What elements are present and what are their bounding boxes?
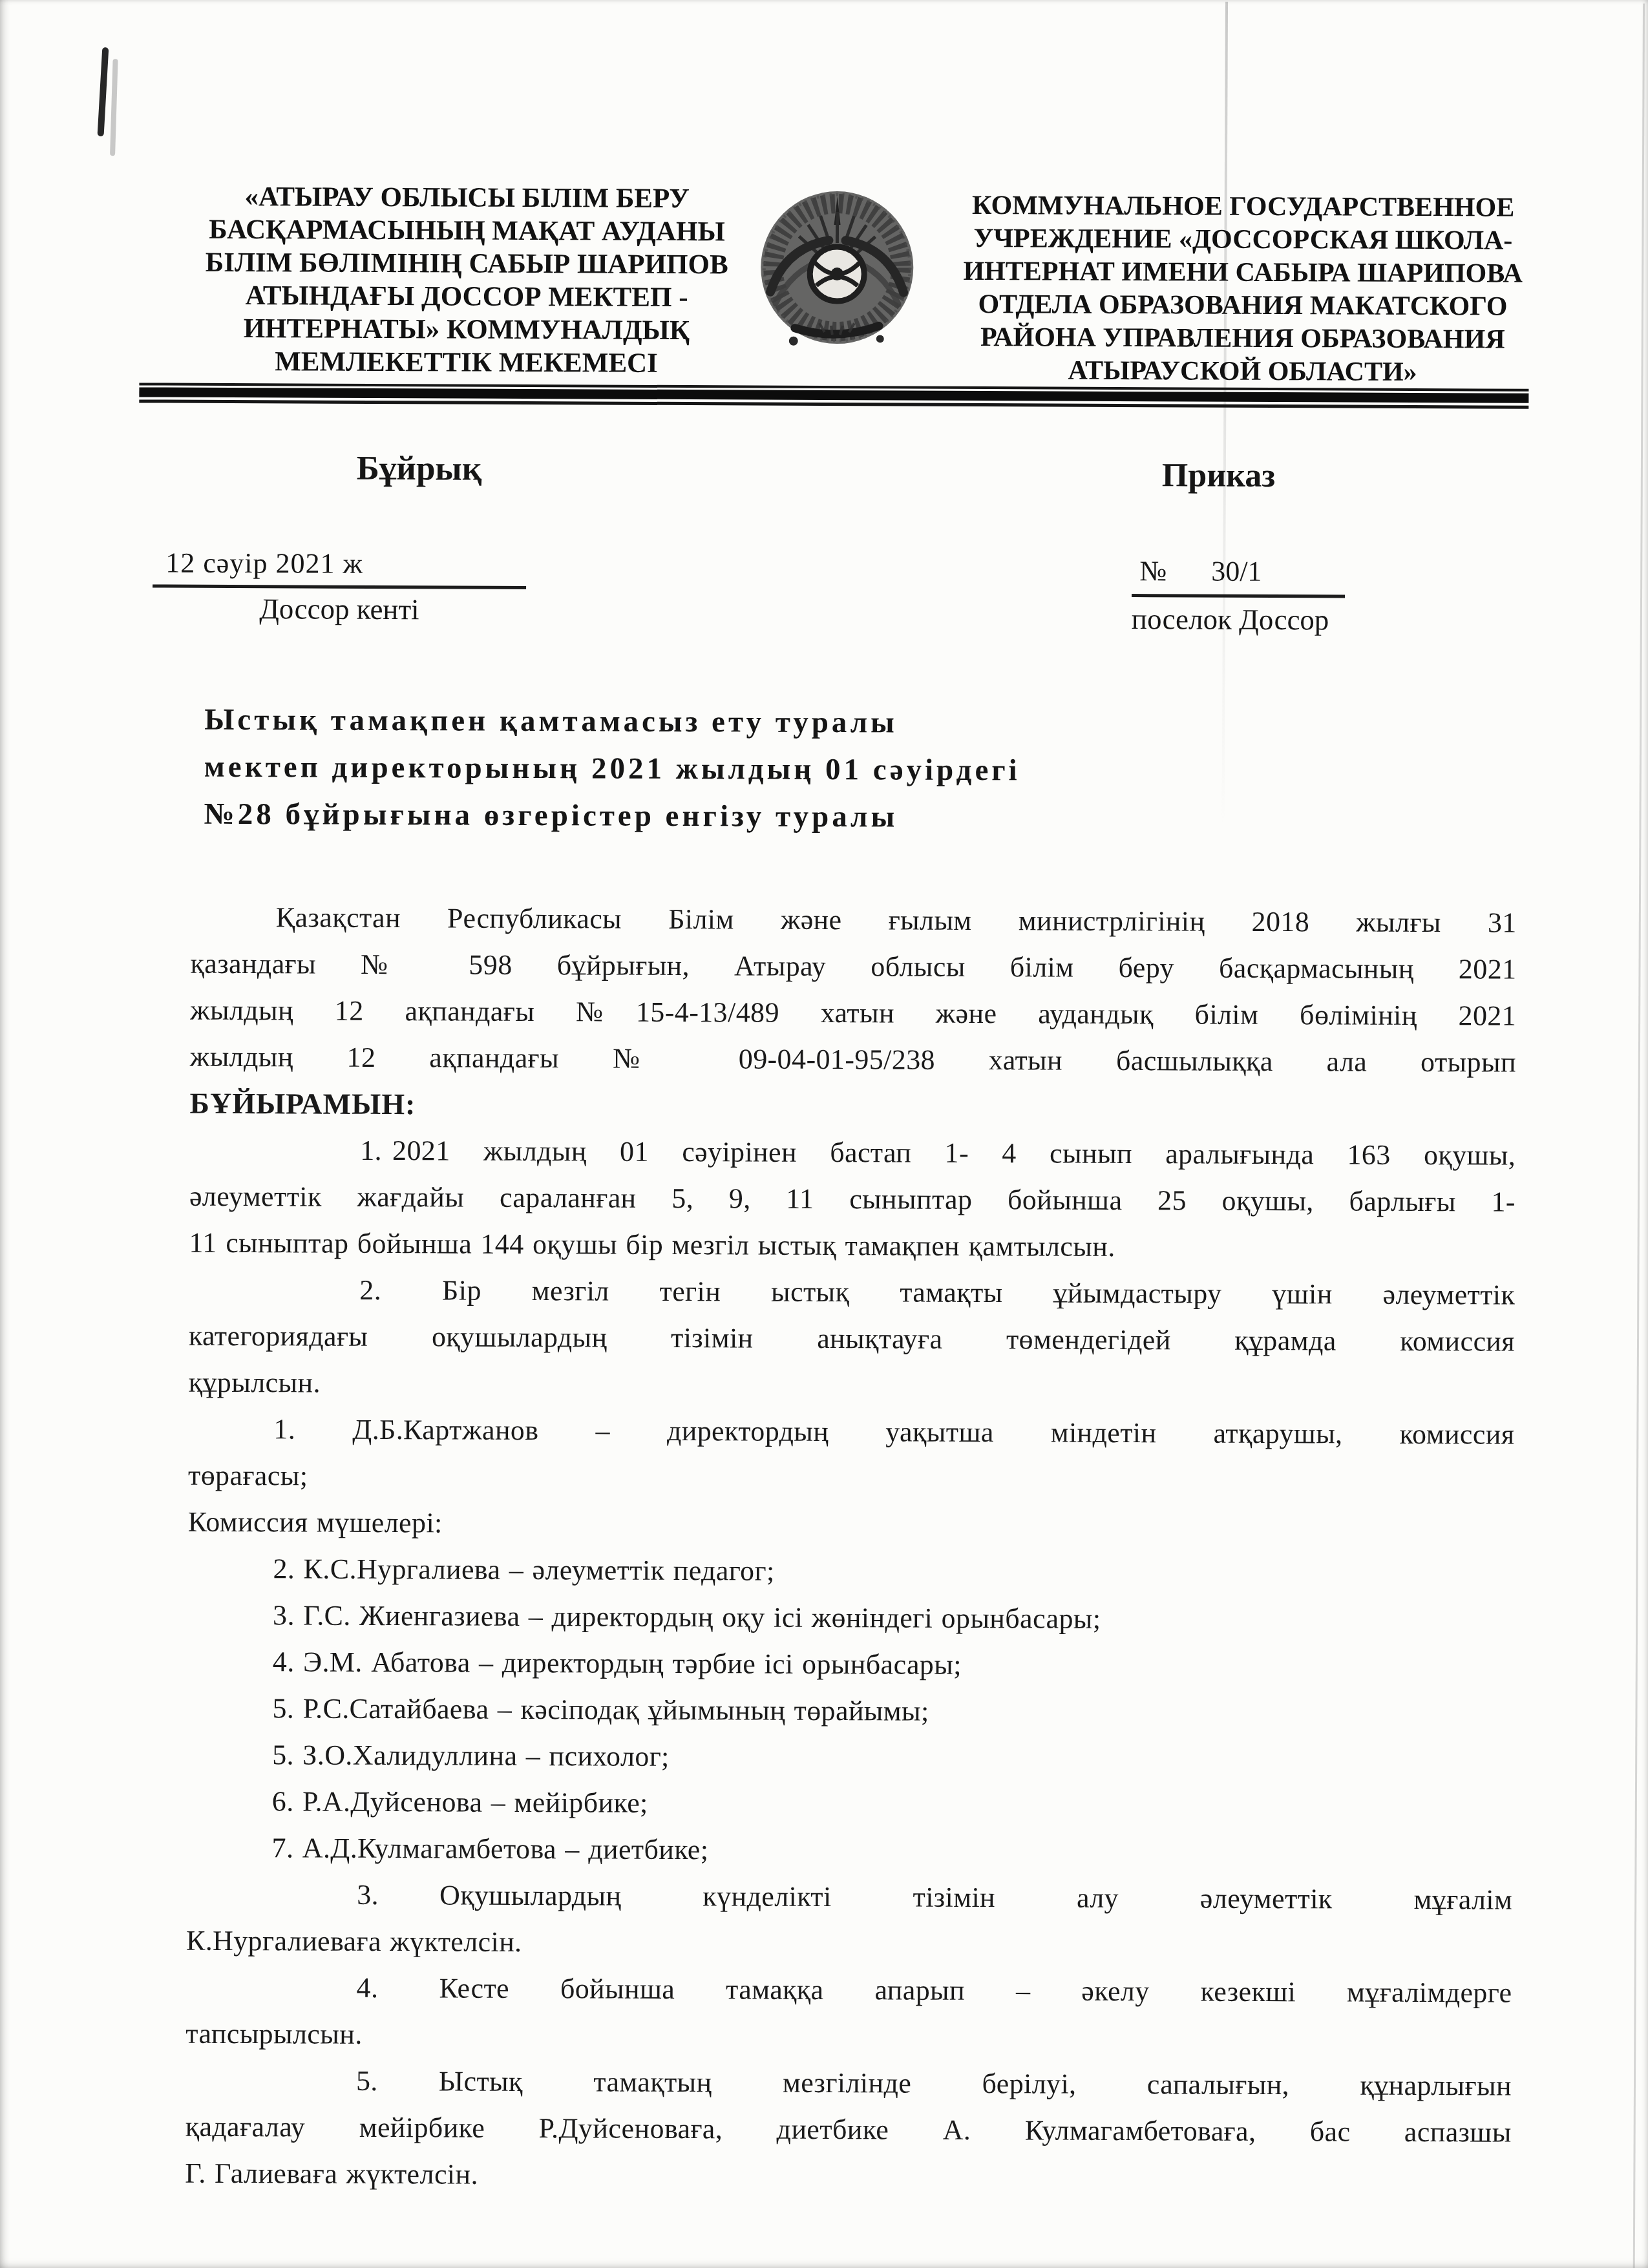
scan-content: «АТЫРАУ ОБЛЫСЫ БІЛІМ БЕРУ БАСҚАРМАСЫНЫҢ … bbox=[0, 0, 1648, 2268]
text-line: 7. А.Д.Кулмагамбетова – диетбике; bbox=[186, 1825, 1512, 1877]
item-number: 2. bbox=[274, 1266, 381, 1314]
commission-members-label: Комиссия мүшелері: bbox=[188, 1499, 1514, 1551]
text-line: 11 сыныптар бойынша 144 оқушы бір мезгіл… bbox=[189, 1220, 1516, 1272]
order-item-3: 3.Оқушылардың күнделікті тізімін алу әле… bbox=[186, 1871, 1513, 1970]
item-number: 1. bbox=[275, 1127, 382, 1174]
letterhead-line: ОТДЕЛА ОБРАЗОВАНИЯ МАКАТСКОГО bbox=[939, 288, 1547, 324]
text-line: 5. Р.С.Сатайбаева – кәсіподақ ұйымының т… bbox=[187, 1685, 1513, 1738]
text-line: Комиссия мүшелері: bbox=[188, 1499, 1514, 1551]
letterhead-line: БАСҚАРМАСЫНЫҢ МАҚАТ АУДАНЫ bbox=[195, 213, 739, 249]
text-line: төрағасы; bbox=[188, 1453, 1514, 1505]
order-item-2: 2.Бір мезгіл тегін ыстық тамақты ұйымдас… bbox=[189, 1266, 1516, 1412]
subject-line: №28 бұйрығына өзгерістер енгізу туралы bbox=[204, 791, 1020, 842]
order-body: Қазақстан Республикасы Білім және ғылым … bbox=[185, 894, 1517, 2203]
text-line: 4. Э.М. Абатова – директордың тәрбие ісі… bbox=[187, 1639, 1514, 1691]
order-number: 30/1 bbox=[1211, 556, 1262, 587]
text-line: 2.Бір мезгіл тегін ыстық тамақты ұйымдас… bbox=[189, 1266, 1515, 1319]
order-number-block: № 30/1 поселок Доссор bbox=[1132, 554, 1346, 636]
text-line: құрылсын. bbox=[189, 1360, 1515, 1412]
paper-crease bbox=[1221, 2, 1228, 829]
issue-date: 12 сәуір 2021 ж bbox=[165, 547, 363, 580]
letterhead-line: КОММУНАЛЬНОЕ ГОСУДАРСТВЕННОЕ bbox=[940, 189, 1547, 225]
letterhead-line: АТЫРАУСКОЙ ОБЛАСТИ» bbox=[938, 354, 1546, 390]
order-heading-kk: Бұйрық bbox=[357, 449, 482, 488]
letterhead-line: РАЙОНА УПРАВЛЕНИЯ ОБРАЗОВАНИЯ bbox=[939, 321, 1547, 357]
commission-member: 4. Э.М. Абатова – директордың тәрбие ісі… bbox=[187, 1639, 1514, 1691]
issue-date-block: 12 сәуір 2021 ж Доссор кенті bbox=[153, 546, 527, 627]
text-line: Г. Галиеваға жүктелсін. bbox=[185, 2150, 1511, 2203]
letterhead-line: «АТЫРАУ ОБЛЫСЫ БІЛІМ БЕРУ bbox=[195, 180, 739, 216]
issue-date-underlined: 12 сәуір 2021 ж bbox=[153, 546, 526, 589]
letterhead-line: БІЛІМ БӨЛІМІНІҢ САБЫР ШАРИПОВ bbox=[195, 246, 739, 282]
text-line: жылдың 12 ақпандағы № 09-04-01-95/238 ха… bbox=[190, 1034, 1516, 1086]
letterhead-line: АТЫНДАҒЫ ДОССОР МЕКТЕП - bbox=[195, 279, 739, 315]
text-line: 6. Р.А.Дуйсенова – мейірбике; bbox=[187, 1778, 1513, 1831]
order-number-underlined: № 30/1 bbox=[1132, 554, 1345, 598]
commission-member: 3. Г.С. Жиенгазиева – директордың оқу іс… bbox=[187, 1592, 1514, 1644]
kazakhstan-emblem-icon bbox=[752, 165, 922, 364]
letterhead-kazakh: «АТЫРАУ ОБЛЫСЫ БІЛІМ БЕРУ БАСҚАРМАСЫНЫҢ … bbox=[195, 180, 739, 381]
order-heading-ru: Приказ bbox=[1162, 456, 1276, 495]
number-sign: № bbox=[1139, 555, 1167, 587]
issue-place-kk: Доссор кенті bbox=[153, 591, 526, 627]
text-line: 5. З.О.Халидуллина – психолог; bbox=[187, 1732, 1513, 1784]
text-line: әлеуметтік жағдайы сараланған 5, 9, 11 с… bbox=[189, 1173, 1516, 1226]
letterhead-line: ИНТЕРНАТ ИМЕНИ САБЫРА ШАРИПОВА bbox=[939, 255, 1547, 291]
commission-member: 5. Р.С.Сатайбаева – кәсіподақ ұйымының т… bbox=[187, 1685, 1513, 1738]
order-subject: Ыстық тамақпен қамтамасыз ету туралы мек… bbox=[204, 697, 1020, 842]
text-line: 1.2021 жылдың 01 сәуірінен бастап 1- 4 с… bbox=[189, 1127, 1516, 1179]
pen-mark-shadow bbox=[110, 59, 118, 156]
item-number: 5. bbox=[271, 2057, 378, 2105]
subject-line: Ыстық тамақпен қамтамасыз ету туралы bbox=[204, 697, 1020, 748]
text-line: қадағалау мейірбике Р.Дуйсеноваға, диетб… bbox=[185, 2104, 1512, 2156]
text-line: 3. Г.С. Жиенгазиева – директордың оқу іс… bbox=[187, 1592, 1514, 1644]
preamble: Қазақстан Республикасы Білім және ғылым … bbox=[190, 894, 1517, 1086]
text-line: 2. К.С.Нургалиева – әлеуметтік педагог; bbox=[187, 1546, 1514, 1598]
scanned-order-page: «АТЫРАУ ОБЛЫСЫ БІЛІМ БЕРУ БАСҚАРМАСЫНЫҢ … bbox=[0, 0, 1648, 2268]
letterhead-line: УЧРЕЖДЕНИЕ «ДОССОРСКАЯ ШКОЛА- bbox=[939, 222, 1547, 258]
subject-line: мектеп директорының 2021 жылдың 01 сәуір… bbox=[204, 744, 1020, 795]
issue-place-ru: поселок Доссор bbox=[1132, 602, 1345, 636]
text-line: жылдың 12 ақпандағы №15-4-13/489 хатын ж… bbox=[190, 987, 1516, 1040]
letterhead-line: МЕМЛЕКЕТТІК МЕКЕМЕСІ bbox=[195, 345, 739, 381]
text-line: 3.Оқушылардың күнделікті тізімін алу әле… bbox=[186, 1871, 1512, 1924]
resolve-word: БҰЙЫРАМЫН: bbox=[189, 1080, 1516, 1133]
text-line: 5.Ыстық тамақтың мезгілінде берілуі, сап… bbox=[185, 2057, 1512, 2110]
commission-member: 5. З.О.Халидуллина – психолог; bbox=[187, 1732, 1513, 1784]
text-line: 4.Кесте бойынша тамаққа апарып – әкелу к… bbox=[185, 1964, 1512, 2017]
scan-edge bbox=[1633, 4, 1645, 2268]
text-line: категориядағы оқушылардың тізімін анықта… bbox=[189, 1313, 1515, 1365]
text-line: тапсырылсын. bbox=[185, 2011, 1512, 2063]
text-line: қазандағы № 598 бұйрығын, Атырау облысы … bbox=[190, 941, 1516, 993]
item-number: 3. bbox=[271, 1871, 379, 1918]
item-number: 4. bbox=[271, 1964, 378, 2011]
text-line: К.Нургалиеваға жүктелсін. bbox=[186, 1918, 1512, 1970]
text-line: 1. Д.Б.Картжанов – директордың уақытша м… bbox=[188, 1406, 1514, 1458]
pen-mark bbox=[98, 47, 109, 136]
commission-member: 2. К.С.Нургалиева – әлеуметтік педагог; bbox=[187, 1546, 1514, 1598]
letterhead-line: ИНТЕРНАТЫ» КОММУНАЛДЫҚ bbox=[195, 312, 739, 348]
order-item-4: 4.Кесте бойынша тамаққа апарып – әкелу к… bbox=[185, 1964, 1512, 2063]
text-line: Қазақстан Республикасы Білім және ғылым … bbox=[191, 894, 1517, 947]
order-item-5: 5.Ыстық тамақтың мезгілінде берілуі, сап… bbox=[185, 2057, 1512, 2203]
text-line: БҰЙЫРАМЫН: bbox=[189, 1080, 1516, 1133]
commission-chair: 1. Д.Б.Картжанов – директордың уақытша м… bbox=[188, 1406, 1515, 1505]
commission-member: 6. Р.А.Дуйсенова – мейірбике; bbox=[187, 1778, 1513, 1831]
commission-member: 7. А.Д.Кулмагамбетова – диетбике; bbox=[186, 1825, 1512, 1877]
order-item-1: 1.2021 жылдың 01 сәуірінен бастап 1- 4 с… bbox=[189, 1127, 1516, 1272]
letterhead-russian: КОММУНАЛЬНОЕ ГОСУДАРСТВЕННОЕ УЧРЕЖДЕНИЕ … bbox=[938, 189, 1547, 390]
